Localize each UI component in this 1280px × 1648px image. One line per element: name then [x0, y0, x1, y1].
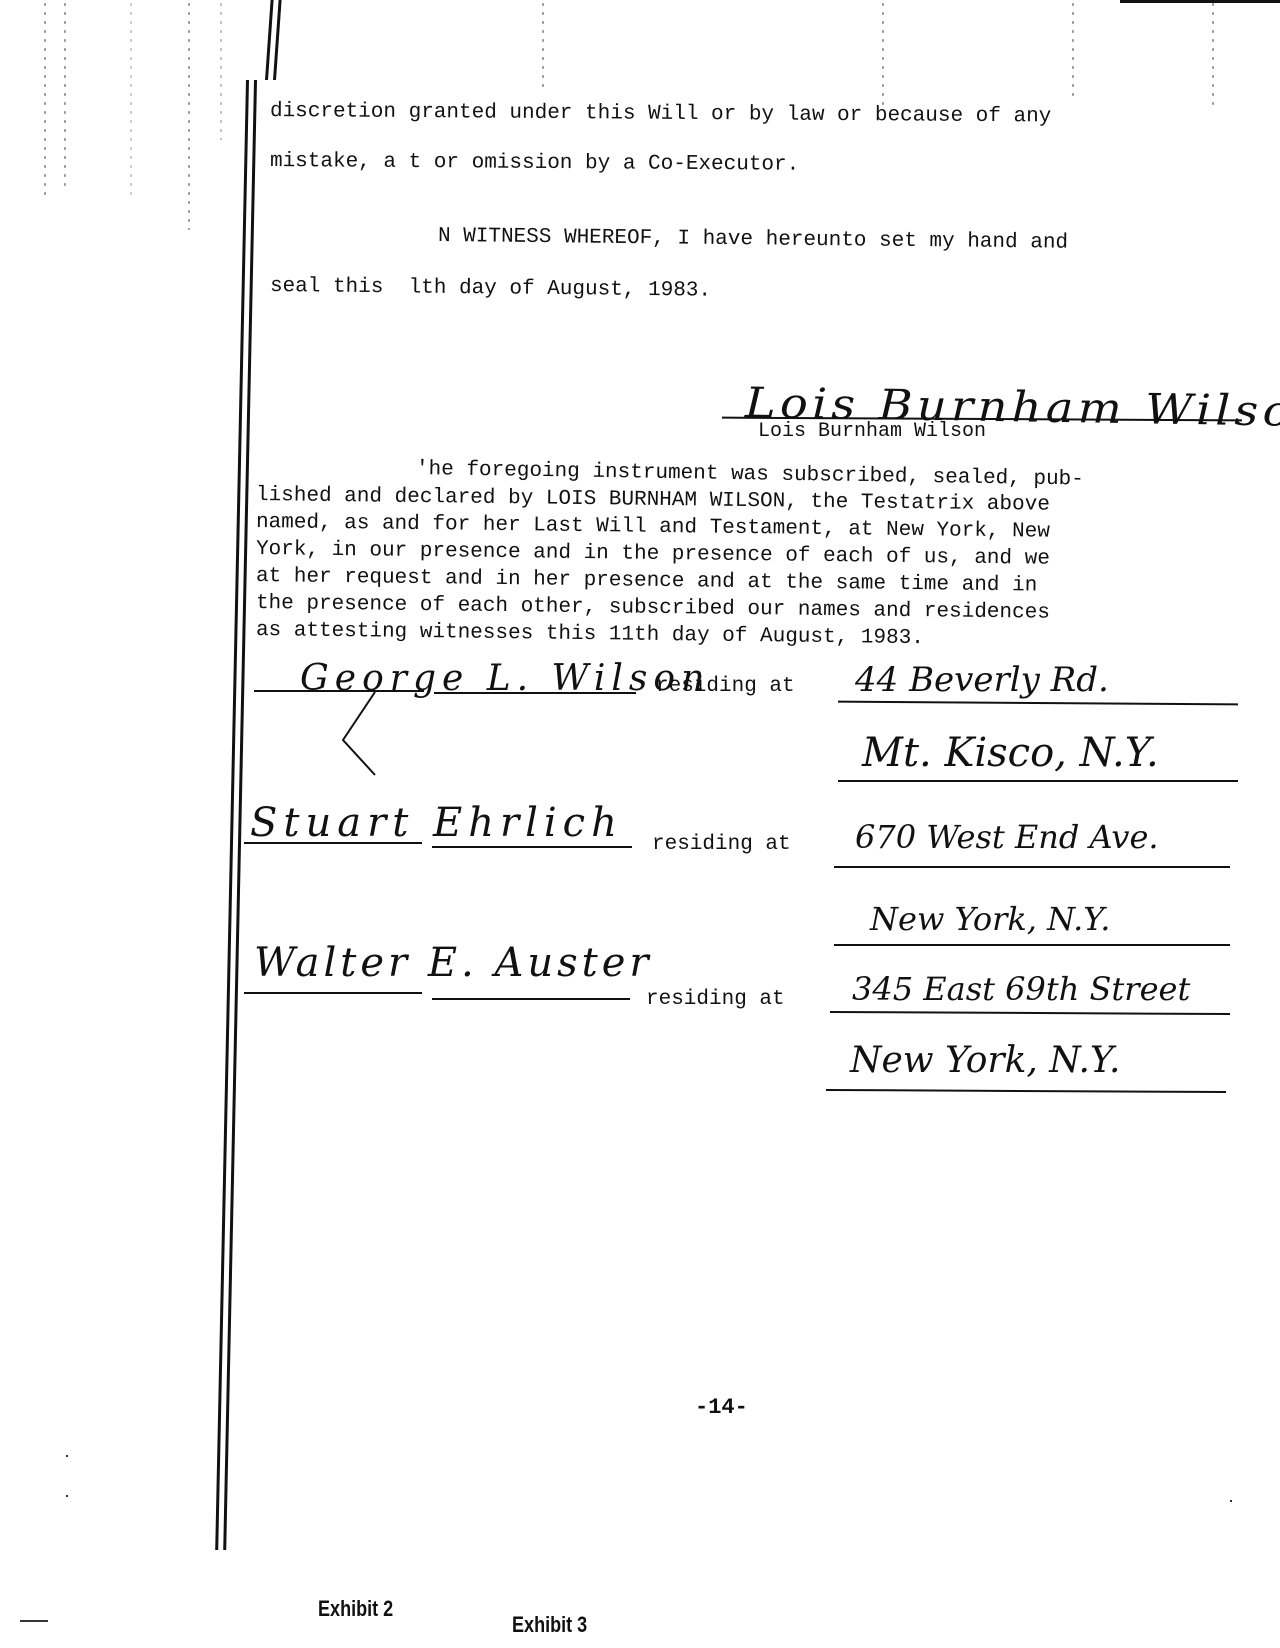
witness-2-address-line2: New York, N.Y. [870, 900, 1110, 938]
margin-line [215, 80, 249, 1550]
witness-2-address-line1: 670 West End Ave. [855, 818, 1159, 856]
witness-2-address-line [834, 944, 1230, 946]
witness-3-signature-line [244, 992, 422, 994]
witness-3-address-line [830, 1011, 1230, 1015]
scan-noise [880, 0, 888, 110]
scan-noise [218, 0, 226, 140]
witness-1-address-line [838, 780, 1238, 782]
witness-3-signature: Walter E. Auster [254, 940, 653, 986]
witness-3-address-line1: 345 East 69th Street [852, 970, 1190, 1008]
scan-speck [66, 1495, 68, 1497]
witness-2-signature: Stuart Ehrlich [250, 800, 623, 846]
scan-speck [20, 1620, 48, 1622]
testatrix-printed-name: Lois Burnham Wilson [758, 420, 986, 443]
exhibit-label: Exhibit 2 [318, 1596, 393, 1622]
residing-label: residing at [646, 988, 785, 1011]
scan-noise [42, 0, 50, 200]
scan-speck [1230, 1500, 1232, 1502]
witness-2-signature-line [432, 846, 632, 848]
body-text-line: discretion granted under this Will or by… [270, 100, 1051, 128]
margin-line [273, 0, 282, 80]
scan-noise [186, 0, 194, 230]
witness-whereof-line: N WITNESS WHEREOF, I have hereunto set m… [438, 225, 1068, 255]
witness-2-address-line [834, 866, 1230, 868]
attestation-line: as attesting witnesses this 11th day of … [256, 619, 924, 650]
witness-whereof-date: seal this lth day of August, 1983. [270, 275, 711, 303]
residing-label: residing at [656, 675, 795, 698]
scan-noise [1070, 0, 1078, 100]
witness-3-signature-line [432, 998, 630, 1000]
witness-1-address-line1: 44 Beverly Rd. [855, 660, 1109, 700]
scan-noise [62, 0, 70, 190]
witness-2-signature-line [244, 842, 422, 844]
witness-3-address-line2: New York, N.Y. [850, 1040, 1121, 1081]
witness-3-address-line [826, 1089, 1226, 1093]
residing-label: residing at [652, 833, 791, 856]
signature-flourish [335, 690, 395, 780]
document-page: discretion granted under this Will or by… [0, 0, 1280, 1648]
witness-1-address-line2: Mt. Kisco, N.Y. [862, 730, 1159, 776]
body-text-line: mistake, a t or omission by a Co-Executo… [270, 150, 799, 177]
top-edge-line [1120, 0, 1280, 3]
witness-1-address-line [838, 701, 1238, 706]
scan-noise [1210, 0, 1218, 110]
scan-noise [128, 0, 136, 200]
exhibit-label: Exhibit 3 [512, 1612, 587, 1638]
margin-line [265, 0, 274, 80]
scan-noise [540, 0, 548, 90]
witness-1-signature-line [434, 692, 636, 694]
scan-speck [66, 1455, 68, 1457]
page-number: -14- [695, 1395, 748, 1420]
